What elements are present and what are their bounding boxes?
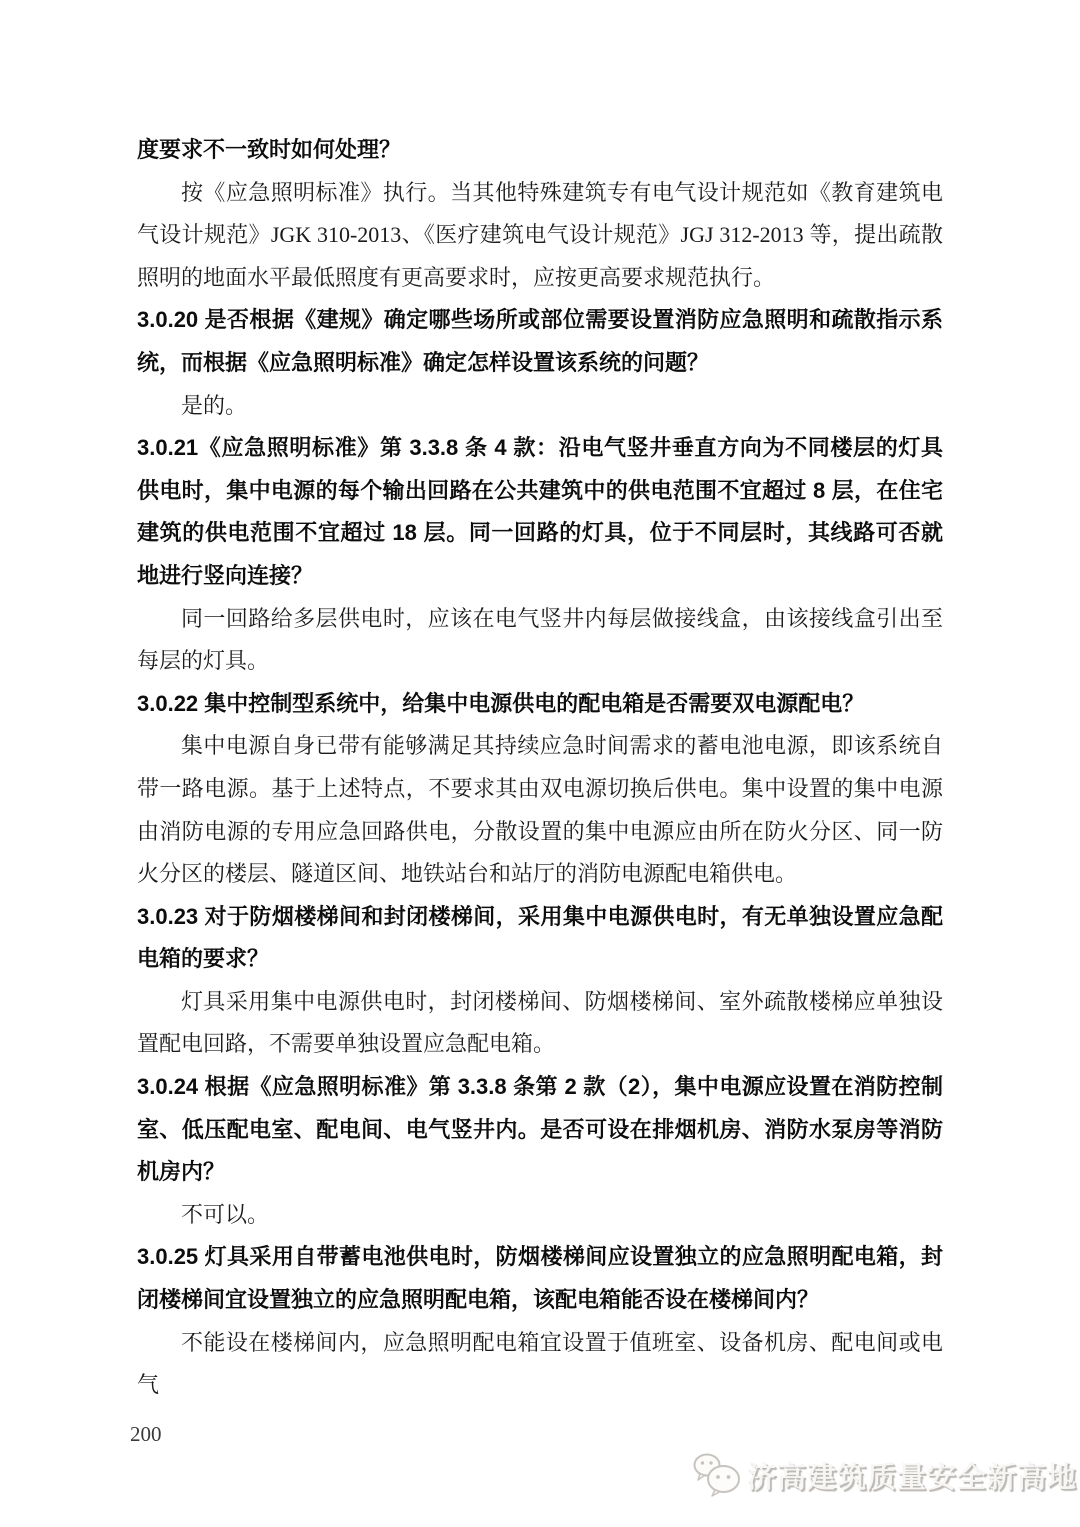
document-body: 度要求不一致时如何处理？ 按《应急照明标准》执行。当其他特殊建筑专有电气设计规范… (137, 129, 943, 1407)
question-paragraph: 3.0.23 对于防烟楼梯间和封闭楼梯间，采用集中电源供电时，有无单独设置应急配… (137, 896, 943, 981)
answer-paragraph: 按《应急照明标准》执行。当其他特殊建筑专有电气设计规范如《教育建筑电气设计规范》… (137, 172, 943, 300)
answer-paragraph: 不可以。 (137, 1194, 943, 1237)
document-page: 度要求不一致时如何处理？ 按《应急照明标准》执行。当其他特殊建筑专有电气设计规范… (0, 0, 1080, 1527)
question-paragraph: 3.0.24 根据《应急照明标准》第 3.3.8 条第 2 款（2），集中电源应… (137, 1066, 943, 1194)
answer-paragraph: 同一回路给多层供电时，应该在电气竖井内每层做接线盒，由该接线盒引出至每层的灯具。 (137, 598, 943, 683)
question-paragraph: 3.0.21《应急照明标准》第 3.3.8 条 4 款：沿电气竖井垂直方向为不同… (137, 427, 943, 597)
question-paragraph: 3.0.20 是否根据《建规》确定哪些场所或部位需要设置消防应急照明和疏散指示系… (137, 299, 943, 384)
answer-paragraph: 不能设在楼梯间内，应急照明配电箱宜设置于值班室、设备机房、配电间或电气 (137, 1322, 943, 1407)
question-paragraph: 度要求不一致时如何处理？ (137, 129, 943, 172)
answer-paragraph: 灯具采用集中电源供电时，封闭楼梯间、防烟楼梯间、室外疏散楼梯应单独设置配电回路，… (137, 981, 943, 1066)
answer-paragraph: 集中电源自身已带有能够满足其持续应急时间需求的蓄电池电源，即该系统自带一路电源。… (137, 725, 943, 895)
answer-paragraph: 是的。 (137, 385, 943, 428)
question-paragraph: 3.0.25 灯具采用自带蓄电池供电时，防烟楼梯间应设置独立的应急照明配电箱，封… (137, 1236, 943, 1321)
wechat-icon (693, 1453, 741, 1497)
watermark-text: 济高建筑质量安全新高地 (747, 1455, 1077, 1496)
page-number: 200 (130, 1422, 162, 1447)
watermark: 济高建筑质量安全新高地 (693, 1452, 1077, 1498)
question-paragraph: 3.0.22 集中控制型系统中，给集中电源供电的配电箱是否需要双电源配电？ (137, 683, 943, 726)
